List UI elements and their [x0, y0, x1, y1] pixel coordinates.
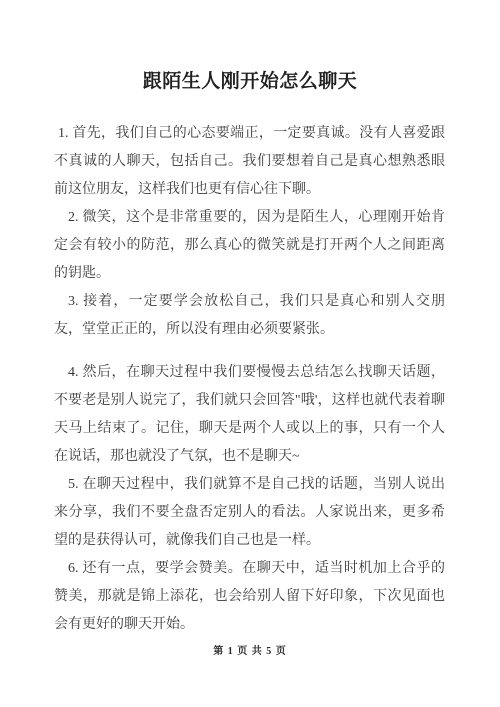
- document-page: 跟陌生人刚开始怎么聊天 1. 首先，我们自己的心态要端正，一定要真诚。没有人喜爱…: [0, 0, 500, 707]
- paragraph-6: 6. 还有一点，要学会赞美。在聊天中，适当时机加上合乎的赞美，那就是锦上添花，也…: [54, 555, 445, 639]
- paragraph-2: 2. 微笑，这个是非常重要的，因为是陌生人，心理刚开始肯定会有较小的防范，那么真…: [54, 204, 445, 288]
- paragraph-4: 4. 然后，在聊天过程中我们要慢慢去总结怎么找聊天话题，不要老是别人说完了，我们…: [54, 359, 445, 471]
- page-number: 第 1 页 共 5 页: [0, 645, 500, 659]
- document-title: 跟陌生人刚开始怎么聊天: [0, 0, 500, 96]
- paragraph-3: 3. 接着，一定要学会放松自己，我们只是真心和别人交朋友，堂堂正正的，所以没有理…: [54, 288, 445, 344]
- paragraph-5: 5. 在聊天过程中，我们就算不是自己找的话题，当别人说出来分享，我们不要全盘否定…: [54, 471, 445, 555]
- paragraph-1: 1. 首先，我们自己的心态要端正，一定要真诚。没有人喜爱跟不真诚的人聊天，包括自…: [54, 120, 445, 204]
- document-body: 1. 首先，我们自己的心态要端正，一定要真诚。没有人喜爱跟不真诚的人聊天，包括自…: [54, 120, 445, 639]
